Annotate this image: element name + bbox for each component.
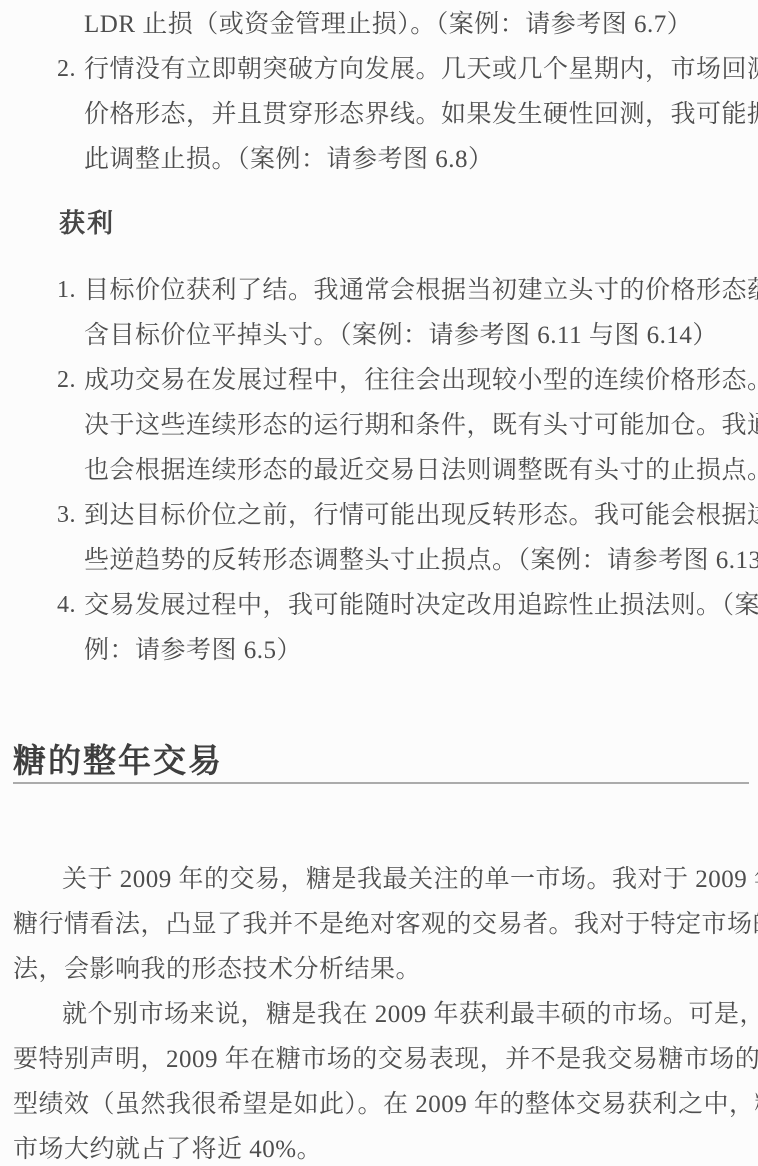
- book-page: LDR 止损（或资金管理止损）。（案例：请参考图 6.7） 2.行情没有立即朝突…: [0, 0, 758, 1166]
- list-item-continuation-line: 决于这些连续形态的运行期和条件，既有头寸可能加仓。我通常: [84, 403, 748, 448]
- profit-list: 1.目标价位获利了结。我通常会根据当初建立头寸的价格形态蕴 含目标价位平掉头寸。…: [84, 268, 748, 673]
- list-item-continuation-line: 价格形态，并且贯穿形态界线。如果发生硬性回测，我可能据: [84, 92, 748, 137]
- stop-loss-list: LDR 止损（或资金管理止损）。（案例：请参考图 6.7） 2.行情没有立即朝突…: [84, 2, 748, 182]
- list-item-text: 成功交易在发展过程中，往往会出现较小型的连续价格形态。取: [84, 367, 758, 394]
- list-item-text: 行情没有立即朝突破方向发展。几天或几个星期内，市场回测: [84, 56, 758, 83]
- list-item-text: 目标价位获利了结。我通常会根据当初建立头寸的价格形态蕴: [84, 277, 758, 304]
- list-item-number: 4.: [57, 583, 76, 628]
- list-item: 3.到达目标价位之前，行情可能出现反转形态。我可能会根据这: [84, 493, 748, 538]
- list-item-number: 2.: [57, 358, 76, 403]
- list-item-continuation-line: LDR 止损（或资金管理止损）。（案例：请参考图 6.7）: [84, 2, 748, 47]
- sugar-section-heading: 糖的整年交易: [13, 740, 749, 784]
- list-item-continuation-line: 此调整止损。（案例：请参考图 6.8）: [84, 137, 748, 182]
- list-item-continuation-line: 含目标价位平掉头寸。（案例：请参考图 6.11 与图 6.14）: [84, 313, 748, 358]
- paragraph-line: 要特别声明，2009 年在糖市场的交易表现，并不是我交易糖市场的典: [13, 1037, 749, 1082]
- sugar-section-body: 关于 2009 年的交易，糖是我最关注的单一市场。我对于 2009 年的 糖行情…: [13, 857, 749, 1166]
- list-item-text: 到达目标价位之前，行情可能出现反转形态。我可能会根据这: [84, 502, 758, 529]
- list-item: 2.成功交易在发展过程中，往往会出现较小型的连续价格形态。取: [84, 358, 748, 403]
- list-item-number: 2.: [57, 47, 76, 92]
- list-item-continuation-line: 也会根据连续形态的最近交易日法则调整既有头寸的止损点。: [84, 448, 748, 493]
- list-item-continuation-line: 例：请参考图 6.5）: [84, 628, 748, 673]
- paragraph-line: 市场大约就占了将近 40%。: [13, 1127, 749, 1166]
- paragraph-line: 糖行情看法，凸显了我并不是绝对客观的交易者。我对于特定市场的看: [13, 902, 749, 947]
- paragraph-line: 关于 2009 年的交易，糖是我最关注的单一市场。我对于 2009 年的: [13, 857, 749, 902]
- paragraph-line: 型绩效（虽然我很希望是如此）。在 2009 年的整体交易获利之中，糖: [13, 1082, 749, 1127]
- list-item: 4.交易发展过程中，我可能随时决定改用追踪性止损法则。（案: [84, 583, 748, 628]
- list-item-continuation-line: 些逆趋势的反转形态调整头寸止损点。（案例：请参考图 6.13）: [84, 538, 748, 583]
- list-item-text: 交易发展过程中，我可能随时决定改用追踪性止损法则。（案: [84, 592, 758, 619]
- list-item-number: 1.: [57, 268, 76, 313]
- list-item-number: 3.: [57, 493, 76, 538]
- paragraph-line: 就个别市场来说，糖是我在 2009 年获利最丰硕的市场。可是，我: [13, 992, 749, 1037]
- list-item: 1.目标价位获利了结。我通常会根据当初建立头寸的价格形态蕴: [84, 268, 748, 313]
- list-item: 2.行情没有立即朝突破方向发展。几天或几个星期内，市场回测: [84, 47, 748, 92]
- profit-section-heading: 获利: [59, 201, 115, 246]
- paragraph-line: 法，会影响我的形态技术分析结果。: [13, 947, 749, 992]
